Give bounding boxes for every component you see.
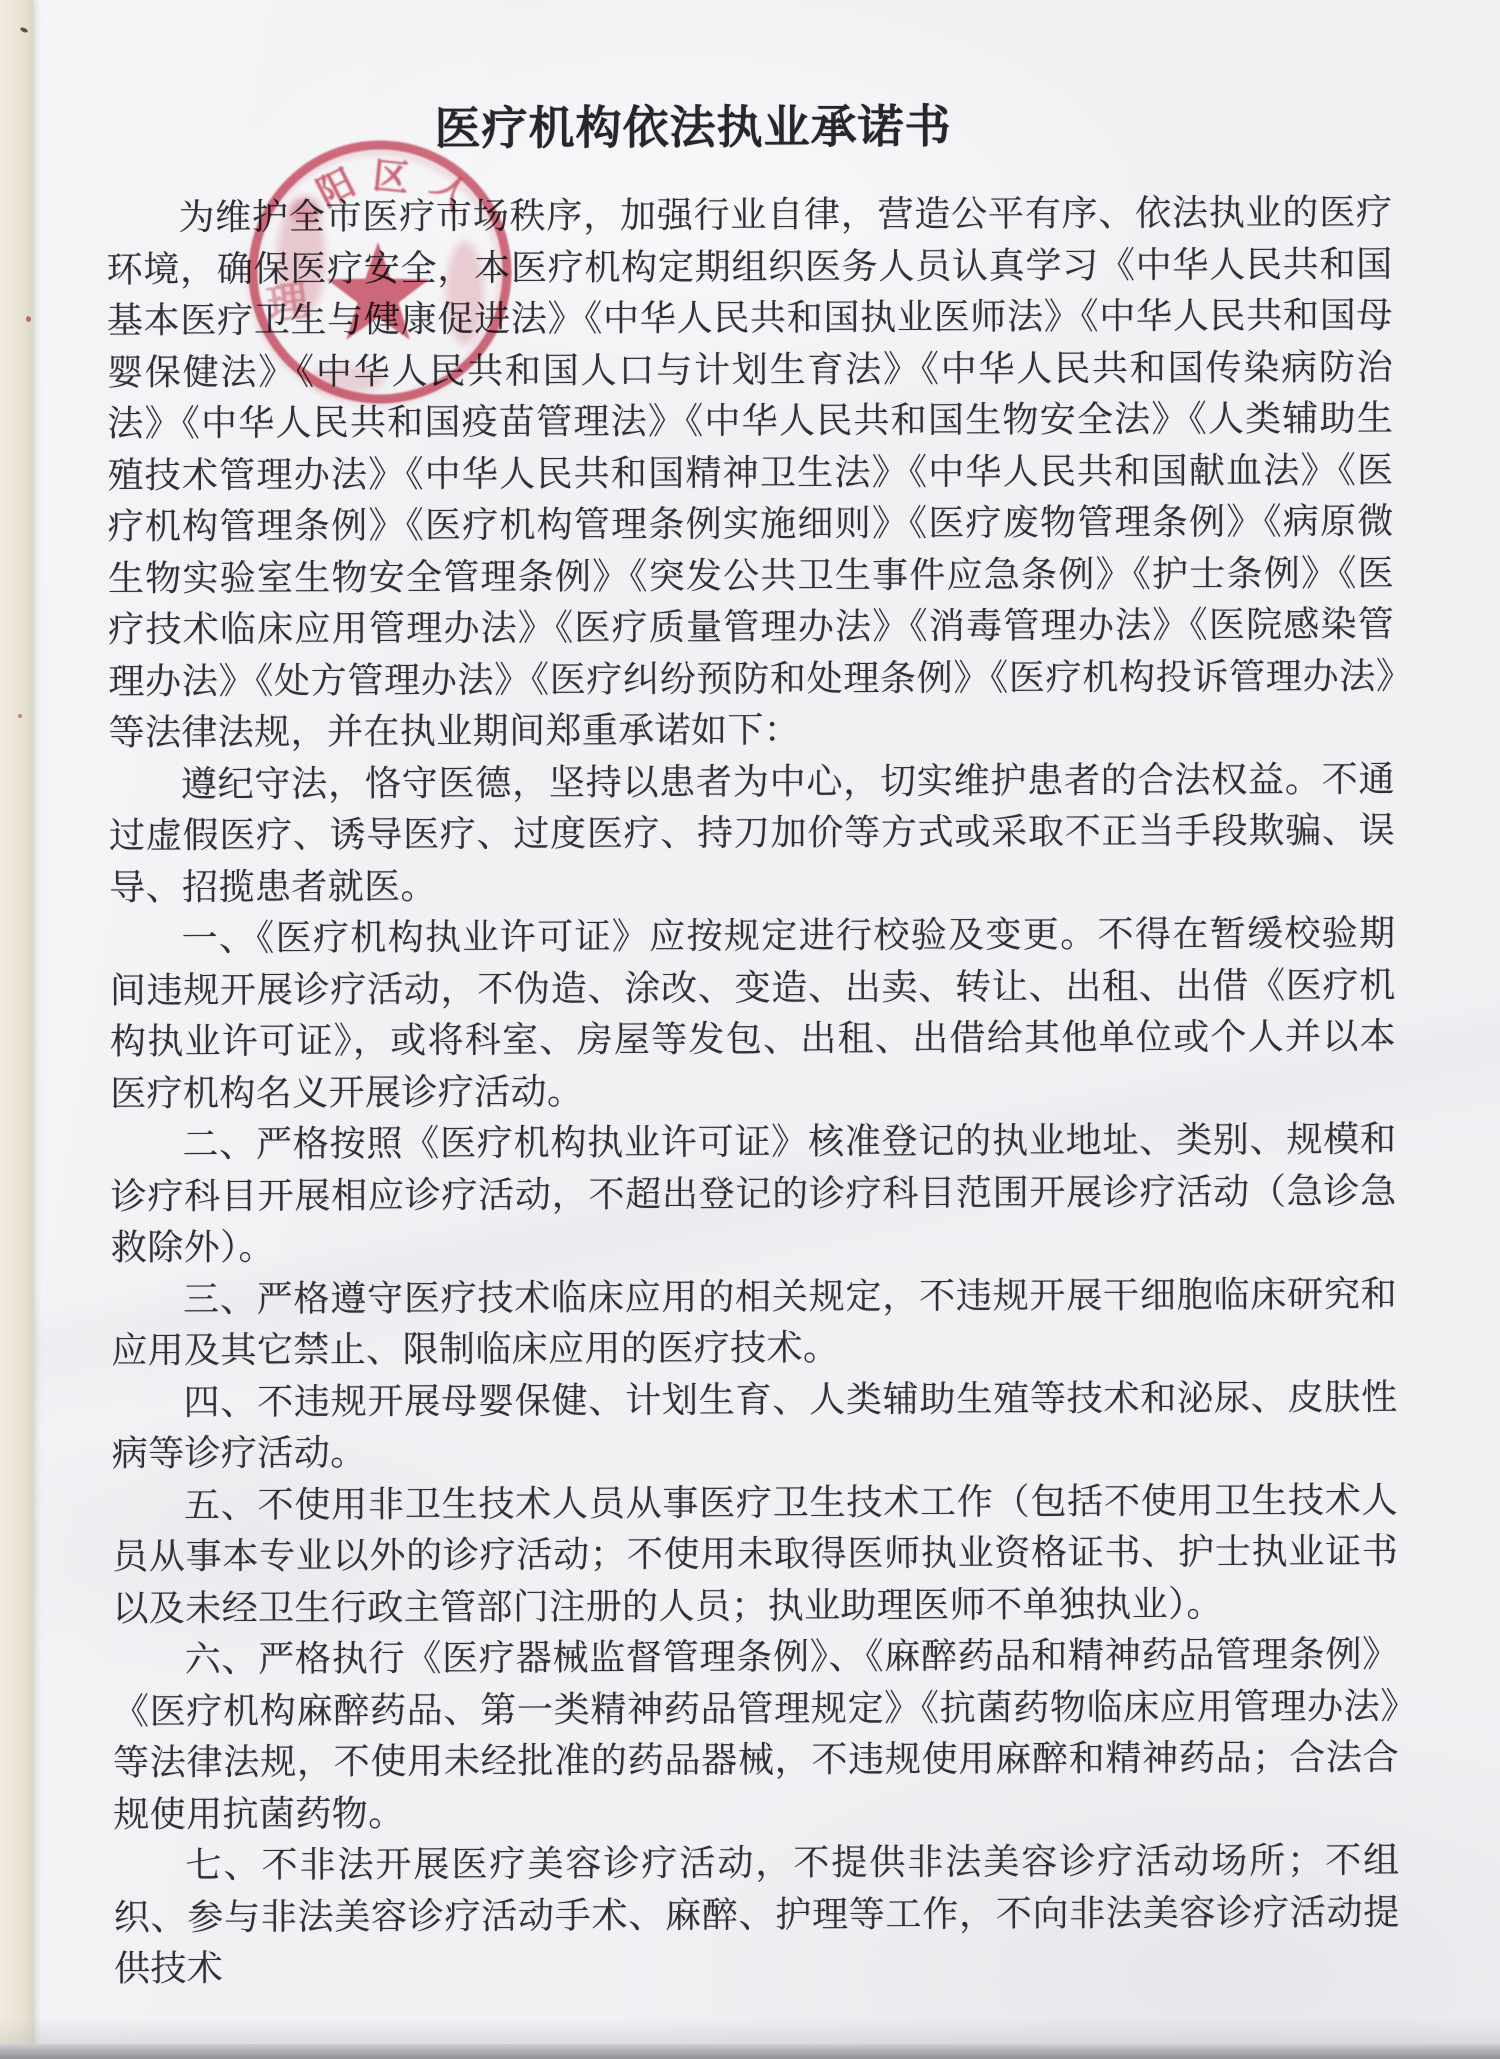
- scanned-page: 医疗机构依法执业承诺书 为维护全市医疗市场秩序，加强行业自律，营造公平有序、依法…: [0, 0, 1500, 2059]
- document-body: 医疗机构依法执业承诺书 为维护全市医疗市场秩序，加强行业自律，营造公平有序、依法…: [106, 93, 1400, 1995]
- paragraph-item-2: 二、严格按照《医疗机构执业许可证》核准登记的执业地址、类别、规模和诊疗科目开展相…: [110, 1114, 1397, 1274]
- scan-speck: [26, 316, 31, 322]
- paragraph-item-7: 七、不非法开展医疗美容诊疗活动，不提供非法美容诊疗活动场所；不组织、参与非法美容…: [113, 1835, 1400, 1995]
- scan-bottom-edge-shadow: [0, 2044, 1500, 2059]
- paragraph-item-5: 五、不使用非卫生技术人员从事医疗卫生技术工作（包括不使用卫生技术人员从事本专业以…: [112, 1475, 1399, 1635]
- paragraph-item-1: 一、《医疗机构执业许可证》应按规定进行校验及变更。不得在暂缓校验期间违规开展诊疗…: [109, 908, 1396, 1120]
- paragraph-pledge: 遵纪守法，恪守医德，坚持以患者为中心，切实维护患者的合法权益。不通过虚假医疗、诱…: [109, 754, 1396, 914]
- scan-bottom-fade: [0, 2018, 1500, 2044]
- scan-left-edge-strip: [0, 0, 34, 2059]
- page-title: 医疗机构依法执业承诺书: [50, 93, 1336, 163]
- scan-speck: [18, 714, 22, 718]
- paragraph-item-6: 六、严格执行《医疗器械监督管理条例》、《麻醉药品和精神药品管理条例》《医疗机构麻…: [113, 1629, 1400, 1841]
- paragraph-item-3: 三、严格遵守医疗技术临床应用的相关规定，不违规开展干细胞临床研究和应用及其它禁止…: [111, 1269, 1397, 1378]
- paragraph-item-4: 四、不违规开展母婴保健、计划生育、人类辅助生殖等技术和泌尿、皮肤性病等诊疗活动。: [111, 1372, 1397, 1481]
- paragraph-intro: 为维护全市医疗市场秩序，加强行业自律，营造公平有序、依法执业的医疗环境，确保医疗…: [106, 187, 1394, 759]
